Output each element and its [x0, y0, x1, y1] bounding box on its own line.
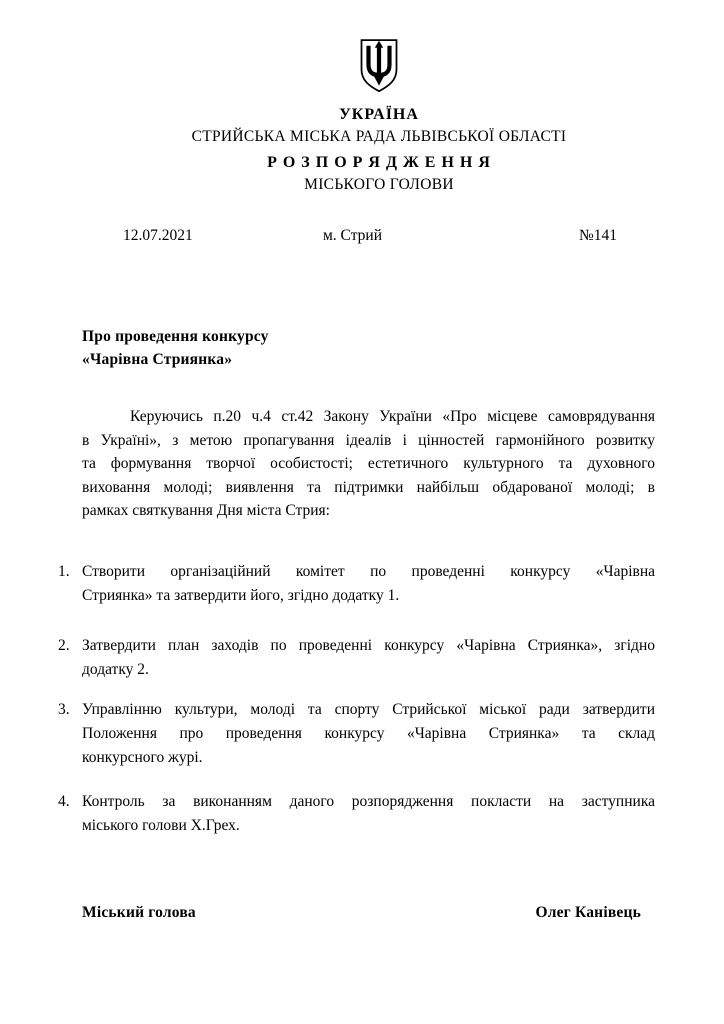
directive-list: 1. Створити організаційний комітет по пр…	[58, 560, 655, 838]
country-name: УКРАЇНА	[17, 106, 724, 124]
document-page: УКРАЇНА СТРИЙСЬКА МІСЬКА РАДА ЛЬВІВСЬКОЇ…	[0, 0, 724, 1024]
item-line: конкурсного журі.	[82, 746, 655, 770]
list-item: 4. Контроль за виконанням даного розпоря…	[58, 790, 655, 838]
list-item: 3. Управлінню культури, молоді та спорту…	[58, 698, 655, 770]
document-type-title: Р О З П О Р Я Д Ж Е Н Н Я	[17, 153, 724, 172]
signature-name: Олег Канівець	[535, 903, 655, 923]
item-number: 4.	[58, 790, 82, 838]
subject-line: «Чарівна Стриянка»	[82, 348, 502, 371]
item-text: Затвердити план заходів по проведенні ко…	[82, 634, 655, 682]
preamble-line: в Україні», з метою пропагування ідеалів…	[82, 429, 655, 453]
item-line: Затвердити план заходів по проведенні ко…	[82, 634, 655, 658]
preamble-line: Керуючись п.20 ч.4 ст.42 Закону України …	[82, 405, 655, 429]
council-name: СТРИЙСЬКА МІСЬКА РАДА ЛЬВІВСЬКОЇ ОБЛАСТІ	[17, 128, 724, 146]
document-number: №141	[485, 226, 655, 245]
item-line: Контроль за виконанням даного розпорядже…	[82, 790, 655, 814]
signature-position: Міський голова	[82, 903, 196, 923]
document-header: УКРАЇНА СТРИЙСЬКА МІСЬКА РАДА ЛЬВІВСЬКОЇ…	[17, 38, 724, 194]
list-item: 1. Створити організаційний комітет по пр…	[58, 560, 655, 608]
document-meta-row: 12.07.2021 м. Стрий №141	[82, 226, 655, 245]
preamble-line: та формування творчої особистості; естет…	[82, 452, 655, 476]
preamble-line: рамках святкування Дня міста Стрия:	[82, 499, 655, 523]
document-date: 12.07.2021	[82, 226, 252, 245]
item-number: 1.	[58, 560, 82, 608]
item-text: Створити організаційний комітет по прове…	[82, 560, 655, 608]
document-issuer: МІСЬКОГО ГОЛОВИ	[17, 176, 724, 194]
signature-row: Міський голова Олег Канівець	[82, 903, 655, 923]
item-text: Управлінню культури, молоді та спорту Ст…	[82, 698, 655, 770]
preamble-paragraph: Керуючись п.20 ч.4 ст.42 Закону України …	[82, 405, 655, 523]
list-item: 2. Затвердити план заходів по проведенні…	[58, 634, 655, 682]
preamble-line: виховання молоді; виявлення та підтримки…	[82, 476, 655, 500]
item-line: Положення про проведення конкурсу «Чарів…	[82, 722, 655, 746]
item-line: Управлінню культури, молоді та спорту Ст…	[82, 698, 655, 722]
subject-line: Про проведення конкурсу	[82, 325, 502, 348]
document-place: м. Стрий	[236, 226, 469, 245]
item-line: додатку 2.	[82, 658, 655, 682]
item-line: Стриянка» та затвердити його, згідно дод…	[82, 584, 655, 608]
item-text: Контроль за виконанням даного розпорядже…	[82, 790, 655, 838]
item-number: 2.	[58, 634, 82, 682]
item-line: Створити організаційний комітет по прове…	[82, 560, 655, 584]
item-line: міського голови Х.Грех.	[82, 814, 655, 838]
item-number: 3.	[58, 698, 82, 770]
ukraine-trident-emblem-icon	[358, 38, 400, 94]
document-subject: Про проведення конкурсу «Чарівна Стриянк…	[82, 325, 502, 371]
